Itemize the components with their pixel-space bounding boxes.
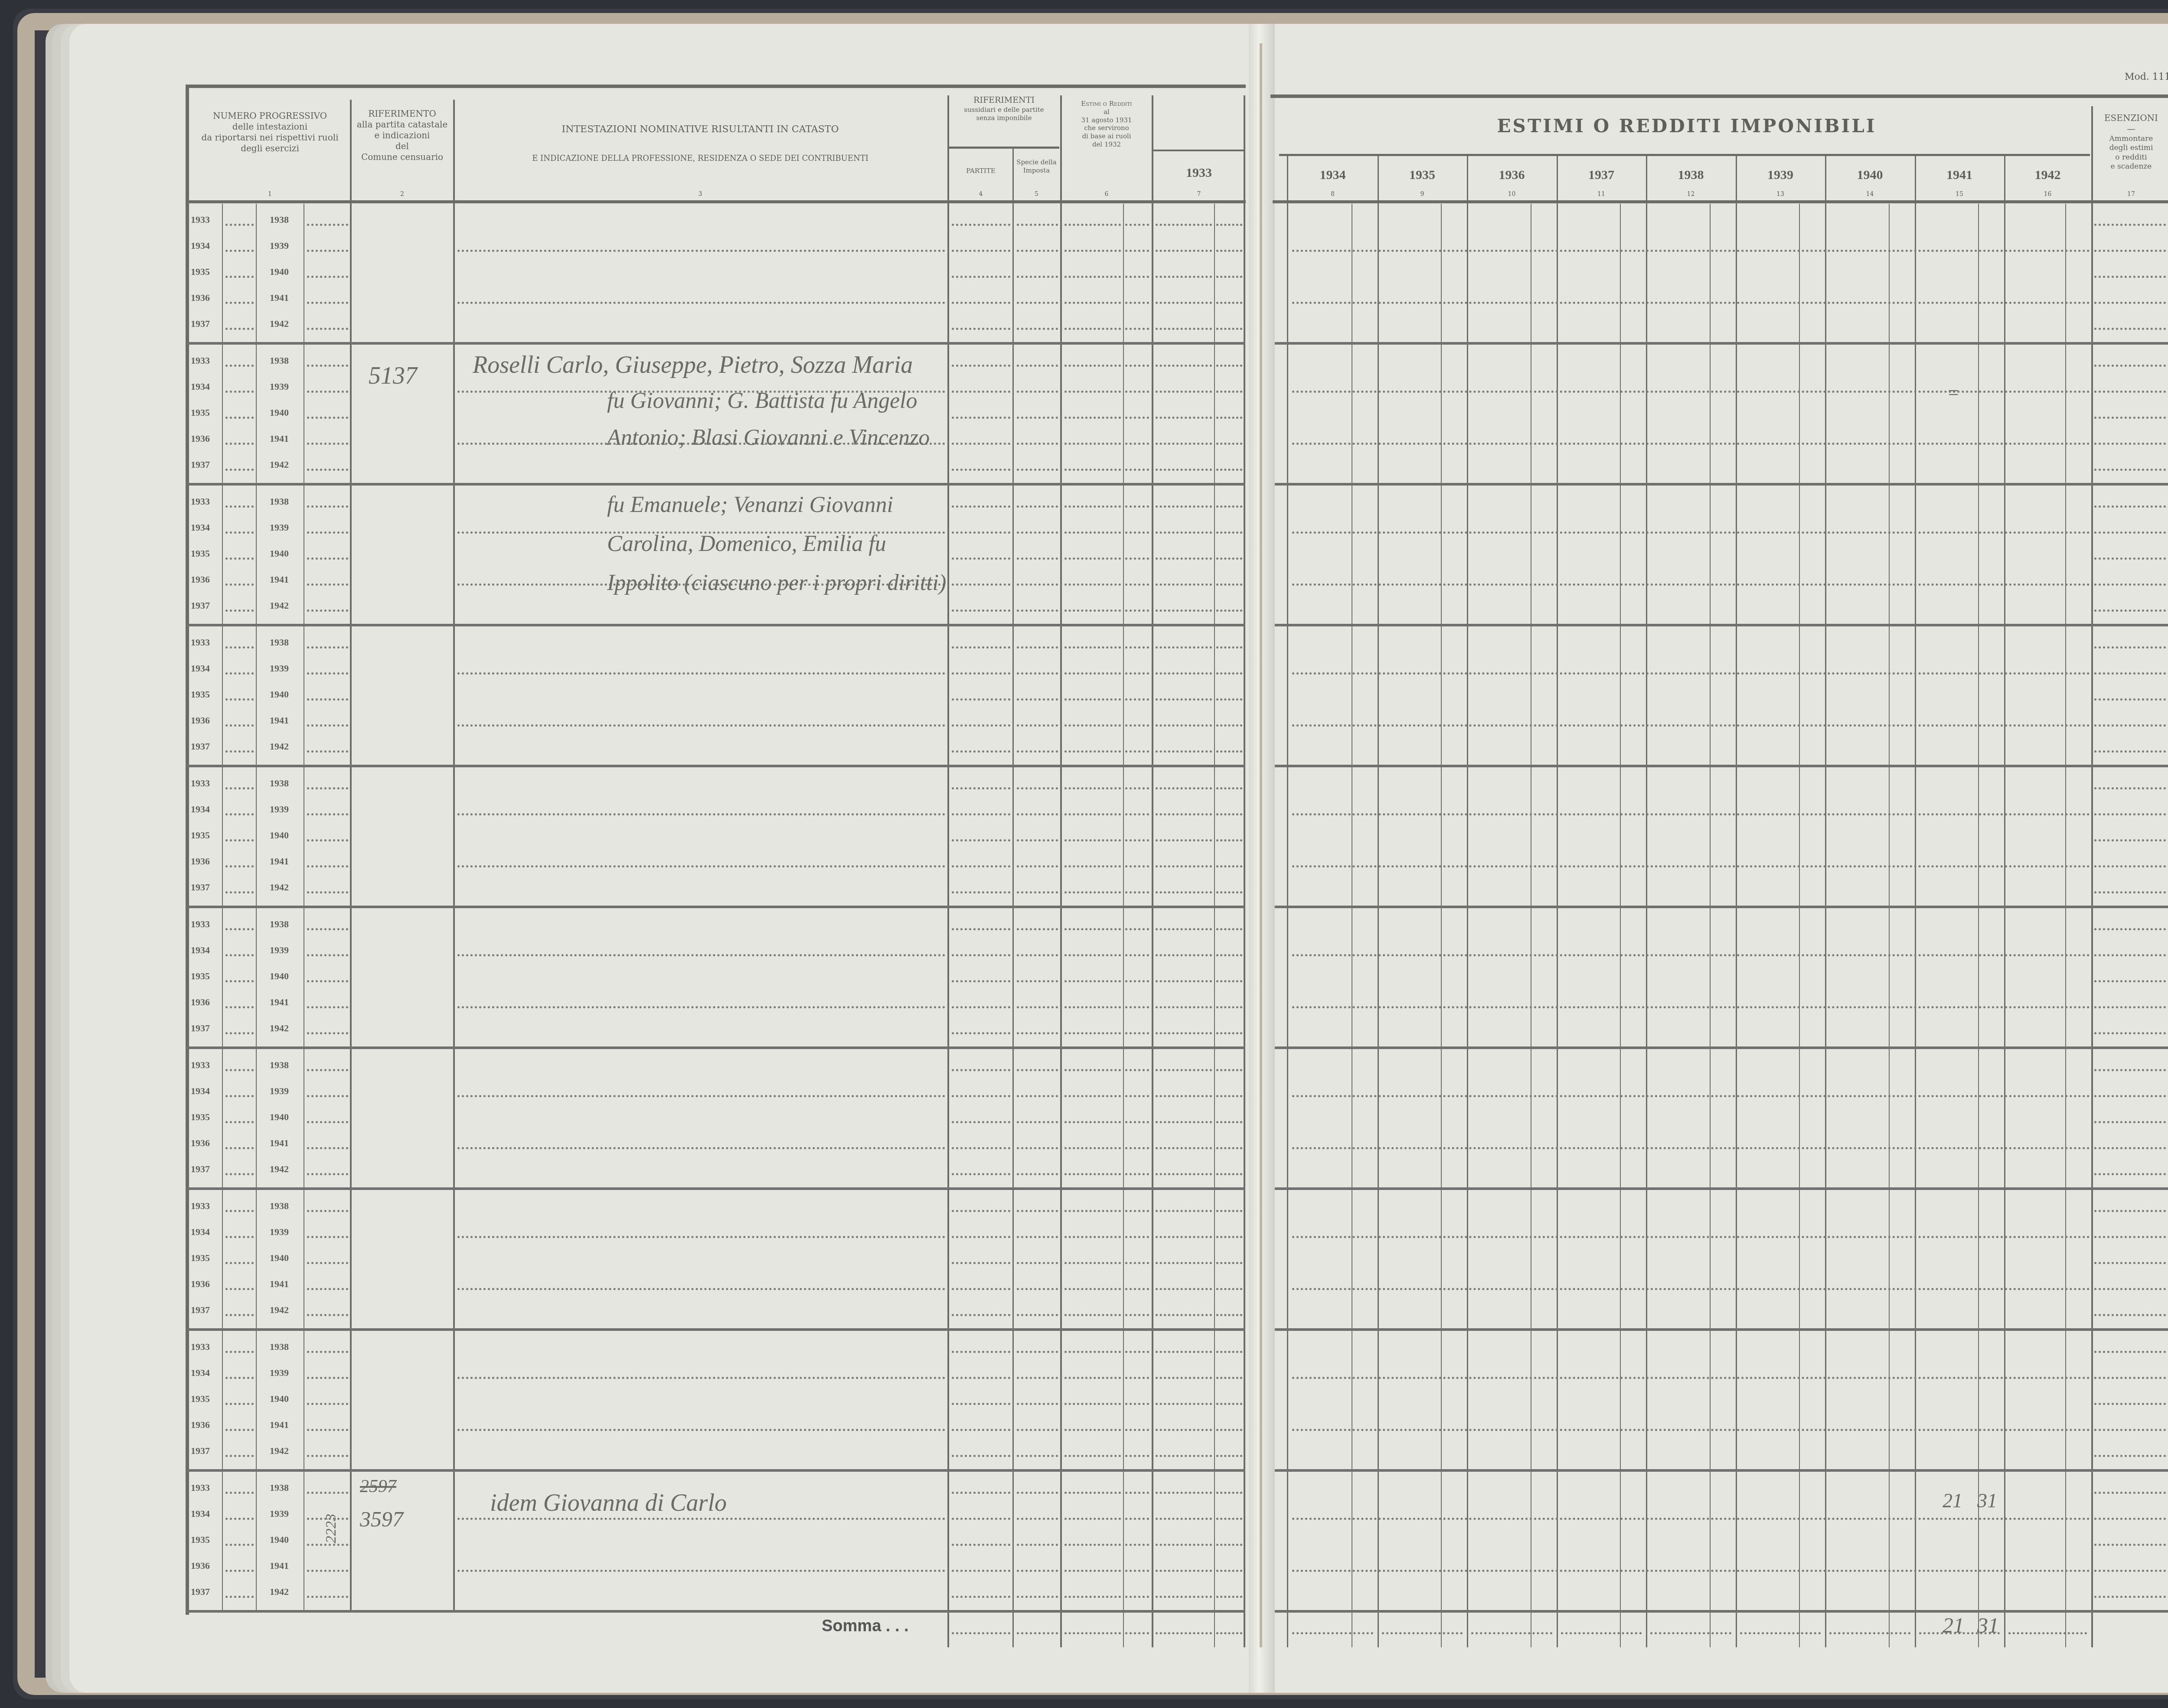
dotted-entry-line: [1156, 1069, 1212, 1071]
dotted-entry-line: [307, 865, 348, 867]
dotted-entry-line: [307, 224, 348, 226]
dotted-entry-line: [1216, 672, 1242, 675]
dotted-entry-line: [307, 1570, 348, 1572]
dotted-entry-line: [1125, 928, 1149, 930]
col-number-14: 14: [1825, 191, 1915, 198]
dotted-entry-line: [1017, 1288, 1058, 1290]
dotted-entry-line: [1017, 672, 1058, 675]
dotted-entry-line: [2094, 328, 2166, 330]
dotted-entry-line: [307, 1429, 348, 1431]
dotted-entry-line: [2094, 1403, 2166, 1405]
dotted-entry-line: [225, 557, 254, 560]
dotted-entry-line: [1216, 1492, 1242, 1494]
dotted-entry-line: [1125, 891, 1149, 893]
col-number-16: 16: [2004, 191, 2091, 198]
dotted-entry-line: [307, 250, 348, 252]
block-separator: [1275, 624, 2168, 626]
dotted-entry-line: [307, 891, 348, 893]
year-label: 1941: [270, 856, 289, 867]
dotted-entry-line: [1064, 954, 1121, 956]
binding-thread: [1260, 43, 1262, 1647]
year-label: 1935: [191, 830, 210, 841]
col-subdivider: [1123, 204, 1124, 1647]
dotted-entry-line: [952, 276, 1010, 278]
dotted-entry-line: [952, 865, 1010, 867]
year-label: 1941: [270, 997, 289, 1008]
dotted-entry-line: [225, 443, 254, 445]
dotted-entry-line: [2094, 750, 2166, 753]
dotted-entry-line: [1064, 1518, 1121, 1520]
col-number-9: 9: [1378, 191, 1467, 198]
year-label: 1933: [191, 1200, 210, 1212]
col-divider: [1736, 156, 1737, 1647]
dotted-entry-line: [307, 1288, 348, 1290]
dotted-entry-line: [1125, 224, 1149, 226]
dotted-entry-line: [1156, 891, 1212, 893]
dotted-entry-line: [1125, 1032, 1149, 1034]
dotted-entry-line: [952, 1377, 1010, 1379]
dotted-entry-line: [307, 1006, 348, 1008]
dotted-entry-line: [952, 328, 1010, 330]
dotted-entry-line: [225, 610, 254, 612]
year-label: 1941: [270, 433, 289, 444]
dotted-entry-line: [457, 250, 945, 252]
dotted-entry-line: [1216, 1570, 1242, 1572]
dotted-entry-line: [307, 1236, 348, 1238]
dotted-entry-line: [1017, 531, 1058, 534]
dotted-entry-line: [952, 1518, 1010, 1520]
entry-intestazione-line: idem Giovanna di Carlo: [490, 1489, 727, 1517]
year-label: 1940: [270, 1112, 289, 1123]
year-label: 1934: [191, 522, 210, 533]
dotted-entry-line: [1017, 1121, 1058, 1123]
dotted-entry-line: [1125, 1173, 1149, 1175]
dotted-entry-line: [1064, 1403, 1121, 1405]
year-label: 1940: [270, 689, 289, 700]
col-divider: [1825, 156, 1826, 1647]
dotted-entry-line: [1216, 1377, 1242, 1379]
dotted-entry-line: [1292, 531, 2090, 534]
dotted-entry-line: [952, 787, 1010, 789]
dotted-entry-line: [1017, 1069, 1058, 1071]
year-label: 1936: [191, 856, 210, 867]
dotted-entry-line: [307, 302, 348, 304]
dotted-entry-line: [1216, 1596, 1242, 1598]
dotted-entry-line: [1125, 954, 1149, 956]
dotted-entry-line: [1216, 1210, 1242, 1212]
year-label: 1933: [191, 919, 210, 930]
dotted-entry-line: [225, 787, 254, 789]
year-label: 1935: [191, 266, 210, 277]
dotted-entry-line: [1156, 1095, 1212, 1097]
dotted-entry-line: [307, 443, 348, 445]
col-divider: [453, 100, 455, 1610]
block-separator: [1275, 1328, 2168, 1331]
dotted-entry-line: [1125, 698, 1149, 701]
block-separator: [1275, 906, 2168, 908]
year-label: 1940: [270, 266, 289, 277]
entry-intestazione-line: Ippolito (ciascuno per i propri diritti): [607, 570, 946, 596]
dotted-entry-line: [1156, 1032, 1212, 1034]
dotted-entry-line: [1064, 391, 1121, 393]
dotted-entry-line: [457, 302, 945, 304]
dotted-entry-line: [1064, 505, 1121, 508]
block-separator: [1275, 1469, 2168, 1472]
dotted-entry-line: [225, 1069, 254, 1071]
year-label: 1941: [270, 715, 289, 726]
year-label: 1936: [191, 1560, 210, 1571]
dotted-entry-line: [1216, 813, 1242, 815]
dotted-entry-line: [1292, 1288, 2090, 1290]
year-label: 1939: [270, 1367, 289, 1379]
year-label: 1936: [191, 715, 210, 726]
dotted-entry-line: [2094, 1544, 2166, 1546]
dotted-entry-line: [1292, 1095, 2090, 1097]
dotted-entry-line: [952, 443, 1010, 445]
dotted-entry-line: [1017, 417, 1058, 419]
year-label: 1935: [191, 548, 210, 559]
dotted-entry-line: [2094, 391, 2166, 393]
year-label: 1939: [270, 522, 289, 533]
dotted-entry-line: [1125, 417, 1149, 419]
dotted-entry-line: [1064, 980, 1121, 982]
dotted-entry-line: [1156, 1429, 1212, 1431]
dotted-entry-line: [1017, 1262, 1058, 1264]
dotted-entry-line: [225, 1147, 254, 1149]
dotted-entry-line: [225, 505, 254, 508]
dotted-entry-line: [1125, 583, 1149, 586]
dotted-entry-line: [1125, 1121, 1149, 1123]
dotted-entry-line: [1064, 365, 1121, 367]
somma-dotted-line: [1829, 1632, 1910, 1634]
dotted-entry-line: [1017, 1351, 1058, 1353]
dotted-entry-line: [1156, 1351, 1212, 1353]
dotted-entry-line: [1156, 610, 1212, 612]
dotted-entry-line: [952, 813, 1010, 815]
dotted-entry-line: [1125, 672, 1149, 675]
header-col3-subtitle: E INDICAZIONE DELLA PROFESSIONE, RESIDEN…: [455, 154, 945, 164]
year-label: 1942: [270, 318, 289, 329]
dotted-entry-line: [1064, 1492, 1121, 1494]
dotted-entry-line: [1017, 865, 1058, 867]
block-separator: [186, 483, 1245, 486]
entry-progressivo-note: 2223: [323, 1514, 340, 1543]
dotted-entry-line: [1017, 891, 1058, 893]
entry-riferimento: 3597: [360, 1506, 403, 1532]
block-separator: [1275, 765, 2168, 767]
dotted-entry-line: [1017, 276, 1058, 278]
dotted-entry-line: [1017, 1544, 1058, 1546]
dotted-entry-line: [2094, 865, 2166, 867]
header-col7-rule: [1153, 150, 1244, 151]
dotted-entry-line: [307, 391, 348, 393]
entry-intestazione-line: fu Giovanni; G. Battista fu Angelo: [607, 388, 917, 414]
dotted-entry-line: [1064, 813, 1121, 815]
dotted-entry-line: [1125, 1455, 1149, 1457]
year-label: 1939: [270, 1226, 289, 1238]
year-label: 1937: [191, 1586, 210, 1597]
dotted-entry-line: [2094, 891, 2166, 893]
dotted-entry-line: [307, 698, 348, 701]
dotted-entry-line: [225, 250, 254, 252]
year-label: 1934: [191, 1226, 210, 1238]
dotted-entry-line: [1156, 531, 1212, 534]
dotted-entry-line: [1125, 1314, 1149, 1316]
dotted-entry-line: [1156, 328, 1212, 330]
form-title: Mod. 111 - Imposte Dirette (Intercalare)…: [2125, 72, 2168, 82]
dotted-entry-line: [2094, 787, 2166, 789]
dotted-entry-line: [2094, 1314, 2166, 1316]
dotted-entry-line: [1216, 839, 1242, 841]
dotted-entry-line: [1216, 891, 1242, 893]
year-label: 1937: [191, 318, 210, 329]
year-label: 1942: [270, 459, 289, 470]
dotted-entry-line: [307, 1314, 348, 1316]
block-separator: [186, 624, 1245, 626]
dotted-entry-line: [2094, 443, 2166, 445]
dotted-entry-line: [225, 839, 254, 841]
dotted-entry-line: [1216, 1095, 1242, 1097]
entry-riferimento: 5137: [369, 362, 417, 390]
col-divider: [1152, 95, 1153, 1647]
dotted-entry-line: [1017, 328, 1058, 330]
dotted-entry-line: [2094, 1147, 2166, 1149]
dotted-entry-line: [952, 1173, 1010, 1175]
dotted-entry-line: [1216, 469, 1242, 471]
dotted-entry-line: [1064, 1210, 1121, 1212]
dotted-entry-line: [225, 302, 254, 304]
col-number-4: 4: [949, 191, 1013, 198]
dotted-entry-line: [1216, 750, 1242, 753]
dotted-entry-line: [1216, 417, 1242, 419]
dotted-entry-line: [2094, 1032, 2166, 1034]
dotted-entry-line: [1156, 276, 1212, 278]
year-label: 1941: [270, 292, 289, 303]
block-separator: [186, 765, 1245, 767]
year-label: 1939: [270, 804, 289, 815]
dotted-entry-line: [952, 1288, 1010, 1290]
dotted-entry-line: [1017, 1314, 1058, 1316]
dotted-entry-line: [1156, 1147, 1212, 1149]
dotted-entry-line: [1017, 224, 1058, 226]
dotted-entry-line: [307, 646, 348, 649]
dotted-entry-line: [457, 1429, 945, 1431]
dotted-entry-line: [307, 610, 348, 612]
year-label: 1937: [191, 741, 210, 752]
year-label: 1941: [270, 574, 289, 585]
dotted-entry-line: [1125, 328, 1149, 330]
dotted-entry-line: [1156, 787, 1212, 789]
dotted-entry-line: [1156, 865, 1212, 867]
dotted-entry-line: [1125, 365, 1149, 367]
year-label: 1942: [270, 1586, 289, 1597]
dotted-entry-line: [225, 365, 254, 367]
col-divider: [350, 100, 352, 1610]
dotted-entry-line: [952, 1236, 1010, 1238]
year-label: 1939: [270, 945, 289, 956]
dotted-entry-line: [1064, 1095, 1121, 1097]
dotted-entry-line: [1064, 250, 1121, 252]
dotted-entry-line: [1156, 224, 1212, 226]
dotted-entry-line: [1216, 1147, 1242, 1149]
col-divider: [2004, 156, 2005, 1647]
dotted-entry-line: [1216, 865, 1242, 867]
somma-value-1941: 21: [1943, 1613, 1964, 1638]
dotted-entry-line: [1125, 1006, 1149, 1008]
dotted-entry-line: [225, 417, 254, 419]
dotted-entry-line: [2094, 1596, 2166, 1598]
dotted-entry-line: [1064, 417, 1121, 419]
dotted-entry-line: [952, 1544, 1010, 1546]
dotted-entry-line: [457, 1570, 945, 1572]
dotted-entry-line: [1216, 391, 1242, 393]
year-label: 1935: [191, 1393, 210, 1405]
dotted-entry-line: [1064, 750, 1121, 753]
dotted-entry-line: [1017, 1455, 1058, 1457]
dotted-entry-line: [307, 980, 348, 982]
block-separator: [1275, 1610, 2168, 1613]
year-label: 1940: [270, 1252, 289, 1264]
dotted-entry-line: [1017, 698, 1058, 701]
dotted-entry-line: [1156, 1544, 1212, 1546]
year-label: 1942: [270, 1304, 289, 1316]
dotted-entry-line: [1216, 646, 1242, 649]
year-label: 1941: [270, 1419, 289, 1431]
dotted-entry-line: [952, 891, 1010, 893]
dotted-entry-line: [1017, 1173, 1058, 1175]
dotted-entry-line: [1017, 1210, 1058, 1212]
year-label: 1933: [191, 1059, 210, 1071]
dotted-entry-line: [1017, 750, 1058, 753]
year-label: 1933: [191, 214, 210, 225]
dotted-entry-line: [2094, 469, 2166, 471]
dotted-entry-line: [1156, 302, 1212, 304]
dotted-entry-line: [307, 672, 348, 675]
somma-value-1941-cent: 31: [1977, 1613, 1999, 1638]
header-col2: RIFERIMENTO alla partita catastale e ind…: [351, 108, 453, 163]
header-estimi-group: ESTIMI O REDDITI IMPONIBILI: [1283, 115, 2090, 138]
entry-intestazione-line: Antonio; Blasi Giovanni e Vincenzo: [607, 425, 930, 450]
dotted-entry-line: [1017, 1032, 1058, 1034]
dotted-entry-line: [1216, 250, 1242, 252]
dotted-entry-line: [2094, 583, 2166, 586]
dotted-entry-line: [1064, 1032, 1121, 1034]
header-years-rule: [1279, 154, 2090, 156]
dotted-entry-line: [1125, 1596, 1149, 1598]
dotted-entry-line: [952, 724, 1010, 727]
dotted-entry-line: [2094, 1518, 2166, 1520]
dotted-entry-line: [2094, 954, 2166, 956]
dotted-entry-line: [307, 557, 348, 560]
dotted-entry-line: [2094, 813, 2166, 815]
dotted-entry-line: [1292, 813, 2090, 815]
dotted-entry-line: [952, 1069, 1010, 1071]
col-subdivider: [1214, 204, 1215, 1647]
dotted-entry-line: [1156, 1596, 1212, 1598]
dotted-entry-line: [2094, 1210, 2166, 1212]
dotted-entry-line: [1064, 1377, 1121, 1379]
year-label: 1936: [191, 292, 210, 303]
dotted-entry-line: [1156, 250, 1212, 252]
dotted-entry-line: [2094, 980, 2166, 982]
entry-estimi-1941: 21: [1943, 1489, 1962, 1512]
dotted-entry-line: [1125, 443, 1149, 445]
dotted-entry-line: [1017, 469, 1058, 471]
year-label: 1934: [191, 240, 210, 251]
dotted-entry-line: [1292, 1518, 2090, 1520]
dotted-entry-line: [1064, 302, 1121, 304]
dotted-entry-line: [1156, 1173, 1212, 1175]
dotted-entry-line: [1017, 1095, 1058, 1097]
dotted-entry-line: [1125, 610, 1149, 612]
dotted-entry-line: [225, 980, 254, 982]
dotted-entry-line: [1216, 1288, 1242, 1290]
dotted-entry-line: [457, 954, 945, 956]
dotted-entry-line: [225, 1403, 254, 1405]
dotted-entry-line: [1156, 672, 1212, 675]
dotted-entry-line: [307, 928, 348, 930]
dotted-entry-line: [1292, 443, 2090, 445]
year-label: 1934: [191, 945, 210, 956]
block-separator: [186, 1187, 1245, 1190]
dotted-entry-line: [1216, 505, 1242, 508]
header-col17: ESENZIONI — Ammontare degli estimi o red…: [2094, 113, 2168, 171]
dotted-entry-line: [2094, 724, 2166, 727]
year-label: 1941: [270, 1560, 289, 1571]
dotted-entry-line: [952, 1492, 1010, 1494]
dotted-entry-line: [457, 1006, 945, 1008]
dotted-entry-line: [952, 1262, 1010, 1264]
dotted-entry-line: [2094, 1262, 2166, 1264]
dotted-entry-line: [225, 813, 254, 815]
year-label: 1940: [270, 407, 289, 418]
dotted-entry-line: [952, 1314, 1010, 1316]
dotted-entry-line: [952, 1210, 1010, 1212]
dotted-entry-line: [225, 1032, 254, 1034]
dotted-entry-line: [952, 1570, 1010, 1572]
col-number-7: 7: [1153, 191, 1244, 198]
dotted-entry-line: [2094, 1069, 2166, 1071]
dotted-entry-line: [225, 276, 254, 278]
year-label: 1938: [270, 919, 289, 930]
dotted-entry-line: [1216, 302, 1242, 304]
dotted-entry-line: [1216, 954, 1242, 956]
dotted-entry-line: [307, 724, 348, 727]
entry-intestazione-line: Carolina, Domenico, Emilia fu: [607, 531, 886, 557]
dotted-entry-line: [952, 531, 1010, 534]
year-label: 1940: [270, 830, 289, 841]
dotted-entry-line: [225, 724, 254, 727]
dotted-entry-line: [1216, 724, 1242, 727]
dotted-entry-line: [952, 1121, 1010, 1123]
somma-label: Somma . . .: [822, 1617, 909, 1636]
dotted-entry-line: [1017, 505, 1058, 508]
dotted-entry-line: [225, 891, 254, 893]
dotted-entry-line: [307, 839, 348, 841]
dotted-entry-line: [1125, 1403, 1149, 1405]
dotted-entry-line: [1064, 1173, 1121, 1175]
dotted-entry-line: [1216, 1518, 1242, 1520]
year-label: 1937: [191, 1164, 210, 1175]
dotted-entry-line: [1292, 1147, 2090, 1149]
dotted-entry-line: [1216, 328, 1242, 330]
dotted-entry-line: [1156, 391, 1212, 393]
dotted-entry-line: [225, 1288, 254, 1290]
dotted-entry-line: [307, 531, 348, 534]
year-label: 1942: [270, 741, 289, 752]
col-divider: [1378, 156, 1379, 1647]
dotted-entry-line: [2094, 610, 2166, 612]
